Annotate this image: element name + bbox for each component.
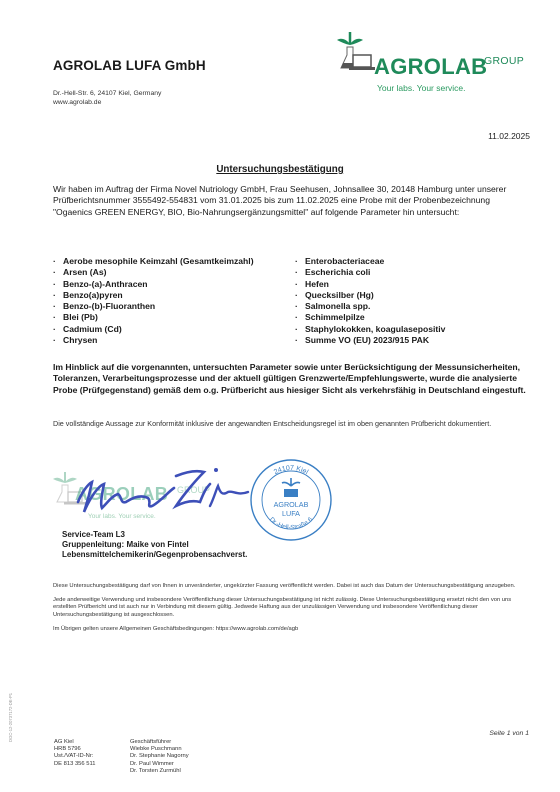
parameter-item: Summe VO (EU) 2023/915 PAK	[295, 335, 445, 346]
svg-text:24107 Kiel: 24107 Kiel	[273, 465, 310, 476]
footer-line: Wiebke Puschmann	[130, 746, 189, 753]
footer-line: Dr. Torsten Zurmühl	[130, 768, 189, 775]
stamp-top-text: 24107 Kiel	[273, 465, 310, 476]
parameter-item: Benzo-(a)-Anthracen	[53, 279, 295, 290]
parameter-column-right: Enterobacteriaceae Escherichia coli Hefe…	[295, 256, 445, 346]
legal-note-liability: Jede anderweitige Verwendung und insbeso…	[53, 597, 531, 619]
parameter-item: Arsen (As)	[53, 267, 295, 278]
legal-notes: Diese Untersuchungsbestätigung darf von …	[53, 583, 531, 640]
logo-slogan: Your labs. Your service.	[377, 83, 466, 93]
address-line: Dr.-Hell-Str. 6, 24107 Kiel, Germany	[53, 90, 161, 99]
document-code: DOC-12-20737172-DE-P1	[8, 693, 13, 742]
legal-note-terms: Im Übrigen gelten unsere Allgemeinen Ges…	[53, 626, 531, 633]
parameter-column-left: Aerobe mesophile Keimzahl (Gesamtkeimzah…	[53, 256, 295, 346]
footer-line: HRB 5796	[54, 746, 95, 753]
footer-line: DE 813 356 511	[54, 761, 95, 768]
parameter-item: Salmonella spp.	[295, 301, 445, 312]
document-date: 11.02.2025	[488, 131, 530, 141]
parameter-item: Benzo(a)pyren	[53, 290, 295, 301]
signer-team: Service-Team L3	[62, 530, 247, 540]
parameter-item: Cadmium (Cd)	[53, 324, 295, 335]
logo-group-label: GROUP	[484, 55, 524, 67]
footer-management: Geschäftsführer Wiebke Puschmann Dr. Ste…	[130, 739, 189, 775]
stamp-center-line2: LUFA	[282, 509, 300, 518]
parameter-item: Escherichia coli	[295, 267, 445, 278]
signer-block: Service-Team L3 Gruppenleitung: Maike vo…	[62, 530, 247, 560]
legal-note-publication: Diese Untersuchungsbestätigung darf von …	[53, 583, 531, 590]
website-link[interactable]: www.agrolab.de	[53, 99, 161, 108]
parameter-item: Blei (Pb)	[53, 312, 295, 323]
parameter-item: Enterobacteriaceae	[295, 256, 445, 267]
footer-registration: AG Kiel HRB 5796 Ust./VAT-ID-Nr: DE 813 …	[54, 739, 95, 768]
company-address: Dr.-Hell-Str. 6, 24107 Kiel, Germany www…	[53, 90, 161, 107]
stamp-bottom-text: Dr.-Hell-Straße 6	[268, 516, 315, 532]
document-title: Untersuchungsbestätigung	[0, 164, 560, 175]
footer-line: AG Kiel	[54, 739, 95, 746]
conformity-note: Die vollständige Aussage zur Konformität…	[53, 419, 528, 428]
parameter-item: Aerobe mesophile Keimzahl (Gesamtkeimzah…	[53, 256, 295, 267]
page-number: Seite 1 von 1	[489, 730, 529, 737]
stamp-center-line1: AGROLAB	[274, 500, 309, 509]
logo-wordmark: AGROLAB	[374, 54, 487, 80]
parameter-list: Aerobe mesophile Keimzahl (Gesamtkeimzah…	[53, 256, 533, 346]
parameter-item: Quecksilber (Hg)	[295, 290, 445, 301]
footer-line: Dr. Stephanie Nagorny	[130, 753, 189, 760]
footer-line: Ust./VAT-ID-Nr:	[54, 753, 95, 760]
company-stamp-icon: 24107 Kiel Dr.-Hell-Straße 6 AGROLAB LUF…	[249, 458, 333, 542]
assessment-paragraph: Im Hinblick auf die vorgenannten, unters…	[53, 362, 528, 396]
parameter-item: Benzo-(b)-Fluoranthen	[53, 301, 295, 312]
signer-role: Lebensmittelchemikerin/Gegenprobensachve…	[62, 550, 247, 560]
company-name: AGROLAB LUFA GmbH	[53, 58, 206, 73]
intro-paragraph: Wir haben im Auftrag der Firma Novel Nut…	[53, 184, 523, 218]
footer-line: Geschäftsführer	[130, 739, 189, 746]
parameter-item: Hefen	[295, 279, 445, 290]
signer-lead: Gruppenleitung: Maike von Fintel	[62, 540, 247, 550]
parameter-item: Schimmelpilze	[295, 312, 445, 323]
svg-text:Dr.-Hell-Straße 6: Dr.-Hell-Straße 6	[268, 516, 315, 532]
parameter-item: Staphylokokken, koagulasepositiv	[295, 324, 445, 335]
parameter-item: Chrysen	[53, 335, 295, 346]
footer-line: Dr. Paul Wimmer	[130, 761, 189, 768]
handwritten-signature-icon	[60, 462, 250, 524]
